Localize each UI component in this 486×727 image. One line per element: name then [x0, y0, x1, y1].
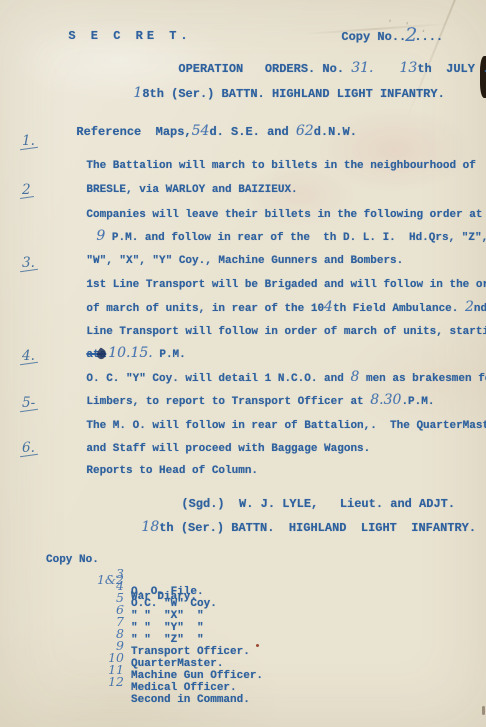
- copy-number-handwritten: 12: [98, 675, 124, 689]
- item-number: 1.: [22, 133, 35, 149]
- item-number: 3.: [22, 255, 35, 271]
- battalion-number-handwritten: 1: [133, 85, 142, 101]
- unit-text: th (Ser.) BATTN. HIGHLAND LIGHT INFANTRY…: [159, 521, 476, 535]
- scanned-operation-order-page: ' ' , S E C RE T. Copy No..2.... OPERATI…: [0, 0, 486, 727]
- distribution-row: 12 Second in Command.: [0, 657, 486, 727]
- item-number: 2: [22, 182, 31, 198]
- unit-number-handwritten: 18: [141, 519, 159, 535]
- battalion-title-text: 8th (Ser.) BATTN. HIGHLAND LIGHT INFANTR…: [142, 87, 444, 101]
- item-number: 5-: [22, 395, 35, 411]
- recipient: Second in Command.: [131, 694, 250, 707]
- item-number: 4.: [22, 348, 35, 364]
- item-number: 6.: [22, 440, 35, 456]
